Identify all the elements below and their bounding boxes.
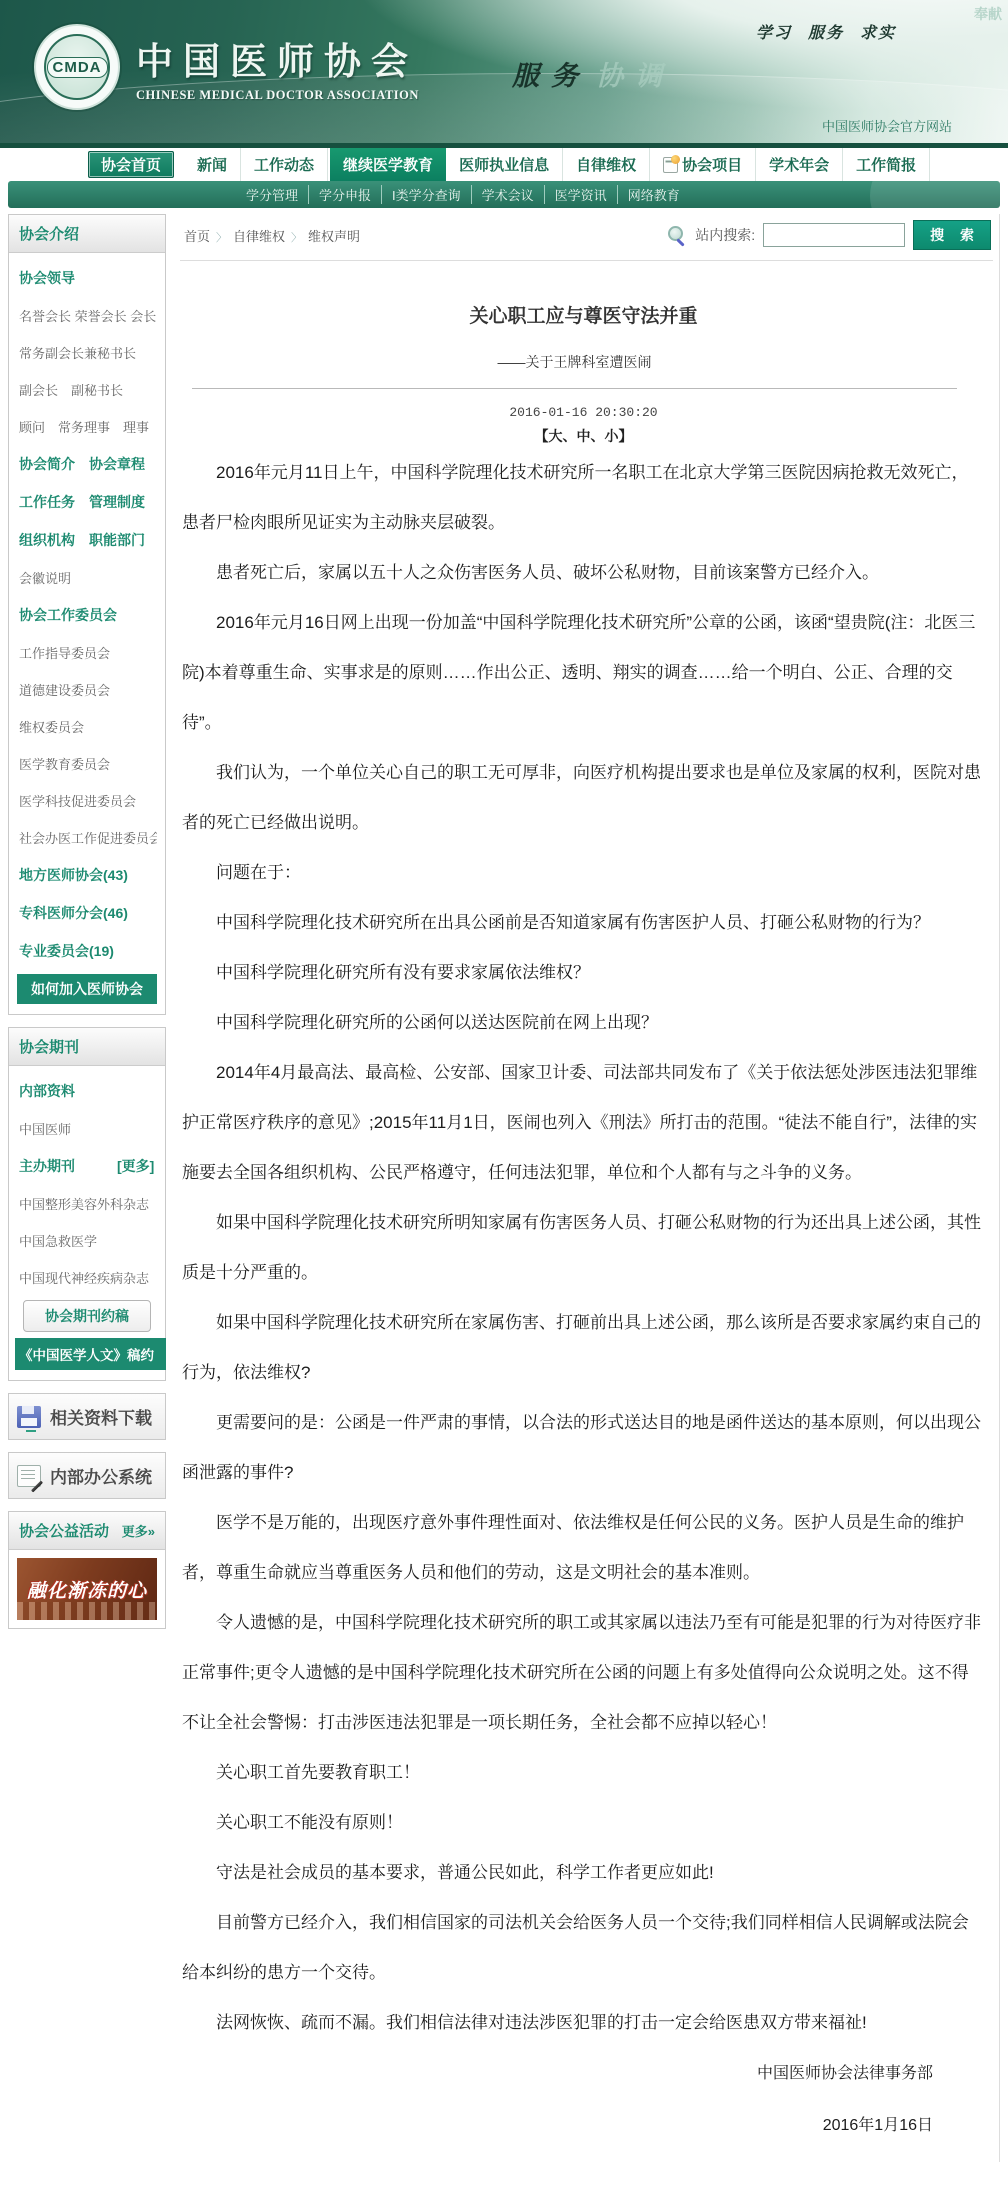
sidebar-item[interactable]: 专科医师分会(46) bbox=[17, 894, 157, 932]
sidebar-item[interactable]: 社会办医工作促进委员会 bbox=[17, 819, 157, 856]
sidebar-box-journal: 协会期刊 内部资料中国医师主办期刊 [更多]中国整形美容外科杂志中国急救医学中国… bbox=[8, 1027, 166, 1381]
article-paragraph: 更需要问的是：公函是一件严肃的事情，以合法的形式送达目的地是函件送达的基本原则，… bbox=[182, 1398, 985, 1498]
breadcrumb: 首页自律维权维权声明 bbox=[184, 226, 360, 245]
sidebar-intro-title: 协会介绍 bbox=[9, 215, 165, 253]
content-row: 协会介绍 协会领导名誉会长 荣誉会长 会长常务副会长兼秘书长副会长 副秘书长顾问… bbox=[0, 208, 1008, 2202]
article-paragraph: 法网恢恢、疏而不漏。我们相信法律对违法涉医犯罪的打击一定会给医患双方带来福祉! bbox=[182, 1998, 985, 2048]
sidebar-item[interactable]: 如何加入医师协会 bbox=[17, 974, 157, 1004]
article-paragraph: 关心职工不能没有原则！ bbox=[182, 1798, 985, 1848]
sidebar-journal-title: 协会期刊 bbox=[9, 1028, 165, 1066]
article-subtitle: ——关于王牌科室遭医闹 bbox=[192, 352, 957, 389]
article-paragraph: 如果中国科学院理化技术研究所在家属伤害、打砸前出具上述公函，那么该所是否要求家属… bbox=[182, 1298, 985, 1398]
motto-word: 求实 bbox=[860, 20, 896, 43]
sidebar-item[interactable]: 地方医师协会(43) bbox=[17, 856, 157, 894]
page: CMDA 中国医师协会 CHINESE MEDICAL DOCTOR ASSOC… bbox=[0, 0, 1008, 2202]
sidebar-intro-list: 协会领导名誉会长 荣誉会长 会长常务副会长兼秘书长副会长 副秘书长顾问 常务理事… bbox=[9, 253, 165, 1014]
sidebar-box-intro: 协会介绍 协会领导名誉会长 荣誉会长 会长常务副会长兼秘书长副会长 副秘书长顾问… bbox=[8, 214, 166, 1015]
article-title: 关心职工应与尊医守法并重 bbox=[182, 301, 985, 328]
nav-item-label: 协会首页 bbox=[101, 154, 161, 175]
sidebar-item[interactable]: 主办期刊 [更多] bbox=[17, 1147, 157, 1185]
article-paragraph: 关心职工首先要教育职工！ bbox=[182, 1748, 985, 1798]
article-signature: 中国医师协会法律事务部 bbox=[182, 2048, 985, 2100]
sidebar: 协会介绍 协会领导名誉会长 荣誉会长 会长常务副会长兼秘书长副会长 副秘书长顾问… bbox=[8, 214, 166, 1641]
sidebar-item[interactable]: 会徽说明 bbox=[17, 559, 157, 596]
sidebar-box-charity: 协会公益活动 更多» 融化渐冻的心 bbox=[8, 1511, 166, 1629]
banner-word-faded: 协调 bbox=[596, 61, 674, 91]
sidebar-item[interactable]: 维权委员会 bbox=[17, 708, 157, 745]
nav-item-label: 医师执业信息 bbox=[459, 154, 549, 175]
main-nav-list: 协会首页 新闻 工作动态 继续医学教育 bbox=[88, 148, 930, 181]
article: 关心职工应与尊医守法并重 ——关于王牌科室遭医闹 2016-01-16 20:3… bbox=[180, 261, 993, 2162]
sub-nav-item[interactable]: I类学分查询 bbox=[381, 185, 471, 204]
sidebar-item[interactable]: 副会长 副秘书长 bbox=[17, 371, 157, 408]
article-paragraph: 问题在于： bbox=[182, 848, 985, 898]
site-name-en: CHINESE MEDICAL DOCTOR ASSOCIATION bbox=[136, 88, 419, 103]
search-label: 站内搜索: bbox=[695, 225, 755, 245]
main-nav: 协会首页 新闻 工作动态 继续医学教育 bbox=[0, 143, 1008, 181]
sub-nav-item[interactable]: 学术会议 bbox=[471, 185, 544, 204]
banner-word-main: 服务 bbox=[512, 61, 590, 91]
breadcrumb-item[interactable]: 首页 bbox=[184, 226, 210, 245]
download-label: 相关资料下载 bbox=[50, 1404, 152, 1429]
charity-banner-image[interactable]: 融化渐冻的心 bbox=[17, 1558, 157, 1620]
article-paragraph: 2016年元月11日上午，中国科学院理化技术研究所一名职工在北京大学第三医院因病… bbox=[182, 448, 985, 548]
article-paragraph: 2014年4月最高法、最高检、公安部、国家卫计委、司法部共同发布了《关于依法惩处… bbox=[182, 1048, 985, 1198]
office-label: 内部办公系统 bbox=[50, 1463, 152, 1488]
sidebar-item[interactable]: 医学科技促进委员会 bbox=[17, 782, 157, 819]
floppy-disk-icon bbox=[17, 1406, 41, 1428]
nav-item[interactable]: 协会项目 bbox=[650, 148, 756, 181]
charity-title-label: 协会公益活动 bbox=[19, 1520, 109, 1541]
project-icon bbox=[663, 157, 678, 173]
article-sign-date: 2016年1月16日 bbox=[182, 2100, 985, 2152]
article-paragraph: 中国科学院理化研究所有没有要求家属依法维权？ bbox=[182, 948, 985, 998]
article-body: 2016年元月11日上午，中国科学院理化技术研究所一名职工在北京大学第三医院因病… bbox=[182, 448, 985, 2048]
nav-item-label: 协会项目 bbox=[682, 154, 742, 175]
article-paragraph: 令人遗憾的是，中国科学院理化技术研究所的职工或其家属以违法乃至有可能是犯罪的行为… bbox=[182, 1598, 985, 1748]
sub-nav-item[interactable]: 医学资讯 bbox=[544, 185, 617, 204]
sidebar-item[interactable]: 顾问 常务理事 理事 bbox=[17, 408, 157, 445]
sidebar-journal-title-label: 协会期刊 bbox=[19, 1036, 79, 1057]
nav-item[interactable]: 协会首页 bbox=[88, 151, 174, 178]
sidebar-item[interactable]: 名誉会长 荣誉会长 会长 bbox=[17, 297, 157, 334]
nav-item[interactable]: 工作动态 bbox=[241, 148, 328, 181]
nav-item[interactable]: 新闻 bbox=[184, 148, 241, 181]
sidebar-intro-title-label: 协会介绍 bbox=[19, 223, 79, 244]
sidebar-item[interactable]: 医学教育委员会 bbox=[17, 745, 157, 782]
sidebar-item[interactable]: 协会领导 bbox=[17, 259, 157, 297]
nav-item[interactable]: 医师执业信息 bbox=[446, 148, 563, 181]
notepad-pen-icon bbox=[17, 1465, 41, 1487]
sidebar-item[interactable]: 《中国医学人文》稿约 bbox=[15, 1338, 166, 1370]
article-paragraph: 如果中国科学院理化技术研究所明知家属有伤害医务人员、打砸公私财物的行为还出具上述… bbox=[182, 1198, 985, 1298]
article-paragraph: 目前警方已经介入，我们相信国家的司法机关会给医务人员一个交待;我们同样相信人民调… bbox=[182, 1898, 985, 1998]
sidebar-item[interactable]: 内部资料 bbox=[17, 1072, 157, 1110]
nav-item-label: 工作动态 bbox=[254, 154, 314, 175]
site-name: 中国医师协会 bbox=[136, 31, 419, 85]
logo-group[interactable]: CMDA 中国医师协会 CHINESE MEDICAL DOCTOR ASSOC… bbox=[34, 24, 419, 110]
search-area: 站内搜索: 搜 索 bbox=[667, 220, 991, 250]
sidebar-item[interactable]: 常务副会长兼秘书长 bbox=[17, 334, 157, 371]
nav-item-label: 自律维权 bbox=[576, 154, 636, 175]
download-button[interactable]: 相关资料下载 bbox=[8, 1393, 166, 1440]
main-column: 首页自律维权维权声明 站内搜索: 搜 索 关心职工应与尊医守法并重 ——关于王牌… bbox=[180, 214, 1000, 2162]
sidebar-item[interactable]: 中国医师 bbox=[17, 1110, 157, 1147]
sidebar-item[interactable]: 工作任务 管理制度 bbox=[17, 483, 157, 521]
office-system-button[interactable]: 内部办公系统 bbox=[8, 1452, 166, 1499]
sidebar-item[interactable]: 组织机构 职能部门 bbox=[17, 521, 157, 559]
corner-faded-word: 奉献 bbox=[974, 4, 1002, 24]
article-date: 2016-01-16 20:30:20 bbox=[182, 405, 985, 420]
logo-text: CMDA bbox=[47, 57, 108, 78]
article-paragraph: 中国科学院理化研究所的公函何以送达医院前在网上出现？ bbox=[182, 998, 985, 1048]
font-size-switch-label[interactable]: 【大、中、小】 bbox=[535, 428, 633, 444]
nav-item[interactable]: 工作简报 bbox=[843, 148, 930, 181]
search-icon bbox=[667, 225, 687, 245]
sidebar-item[interactable]: 中国整形美容外科杂志 bbox=[17, 1185, 157, 1222]
article-paragraph: 守法是社会成员的基本要求，普通公民如此，科学工作者更应如此! bbox=[182, 1848, 985, 1898]
sub-nav: 学分管理学分申报I类学分查询学术会议医学资讯网络教育 bbox=[8, 181, 1000, 208]
article-paragraph: 中国科学院理化技术研究所在出具公函前是否知道家属有伤害医护人员、打砸公私财物的行… bbox=[182, 898, 985, 948]
article-paragraph: 医学不是万能的，出现医疗意外事件理性面对、依法维权是任何公民的义务。医护人员是生… bbox=[182, 1498, 985, 1598]
sub-nav-item[interactable]: 学分申报 bbox=[308, 185, 381, 204]
motto-word: 服务 bbox=[808, 20, 844, 43]
breadcrumb-item[interactable]: 自律维权 bbox=[210, 226, 285, 245]
sidebar-item[interactable]: 协会简介 协会章程 bbox=[17, 445, 157, 483]
search-button[interactable]: 搜 索 bbox=[913, 220, 991, 250]
sidebar-item[interactable]: 协会期刊约稿 bbox=[23, 1300, 151, 1332]
nav-item[interactable]: 学术年会 bbox=[756, 148, 843, 181]
cmda-logo-icon: CMDA bbox=[34, 24, 120, 110]
breadcrumb-row: 首页自律维权维权声明 站内搜索: 搜 索 bbox=[180, 214, 993, 261]
article-paragraph: 患者死亡后，家属以五十人之众伤害医务人员、破坏公私财物，目前该案警方已经介入。 bbox=[182, 548, 985, 598]
sub-nav-list: 学分管理学分申报I类学分查询学术会议医学资讯网络教育 bbox=[236, 185, 690, 204]
charity-banner-text: 融化渐冻的心 bbox=[27, 1576, 147, 1603]
nav-item-label: 工作简报 bbox=[856, 154, 916, 175]
sidebar-item[interactable]: 中国急救医学 bbox=[17, 1222, 157, 1259]
search-input[interactable] bbox=[763, 223, 905, 247]
font-size-switch[interactable]: 【大、中、小】 bbox=[182, 426, 985, 446]
charity-more-link[interactable]: 更多» bbox=[122, 1521, 155, 1540]
motto-word: 学习 bbox=[756, 20, 792, 43]
sidebar-item[interactable]: 协会工作委员会 bbox=[17, 596, 157, 634]
nav-item-label: 新闻 bbox=[197, 154, 227, 175]
nav-item[interactable]: 自律维权 bbox=[563, 148, 650, 181]
article-paragraph: 我们认为，一个单位关心自己的职工无可厚非，向医疗机构提出要求也是单位及家属的权利… bbox=[182, 748, 985, 848]
site-title: 中国医师协会 CHINESE MEDICAL DOCTOR ASSOCIATIO… bbox=[136, 31, 419, 103]
banner-word: 服务协调 bbox=[512, 54, 674, 93]
article-paragraph: 2016年元月16日网上出现一份加盖“中国科学院理化技术研究所”公章的公函，该函… bbox=[182, 598, 985, 748]
sidebar-item[interactable]: 道德建设委员会 bbox=[17, 671, 157, 708]
official-site-label: 中国医师协会官方网站 bbox=[822, 116, 952, 135]
sidebar-item[interactable]: 中国现代神经疾病杂志 bbox=[17, 1259, 157, 1296]
sub-nav-item[interactable]: 网络教育 bbox=[617, 185, 690, 204]
nav-item-label: 学术年会 bbox=[769, 154, 829, 175]
charity-title-bar: 协会公益活动 更多» bbox=[9, 1512, 165, 1550]
header-motto: 学习服务求实 bbox=[756, 20, 896, 43]
site-header: CMDA 中国医师协会 CHINESE MEDICAL DOCTOR ASSOC… bbox=[0, 0, 1008, 143]
cmda-logo-inner: CMDA bbox=[44, 34, 110, 100]
sidebar-item[interactable]: 工作指导委员会 bbox=[17, 634, 157, 671]
sub-nav-item[interactable]: 学分管理 bbox=[236, 185, 308, 204]
sidebar-item[interactable]: 专业委员会(19) bbox=[17, 932, 157, 970]
nav-item-label: 继续医学教育 bbox=[343, 154, 433, 175]
nav-item[interactable]: 继续医学教育 bbox=[330, 148, 446, 181]
sidebar-journal-list: 内部资料中国医师主办期刊 [更多]中国整形美容外科杂志中国急救医学中国现代神经疾… bbox=[9, 1066, 165, 1380]
breadcrumb-item[interactable]: 维权声明 bbox=[285, 226, 360, 245]
